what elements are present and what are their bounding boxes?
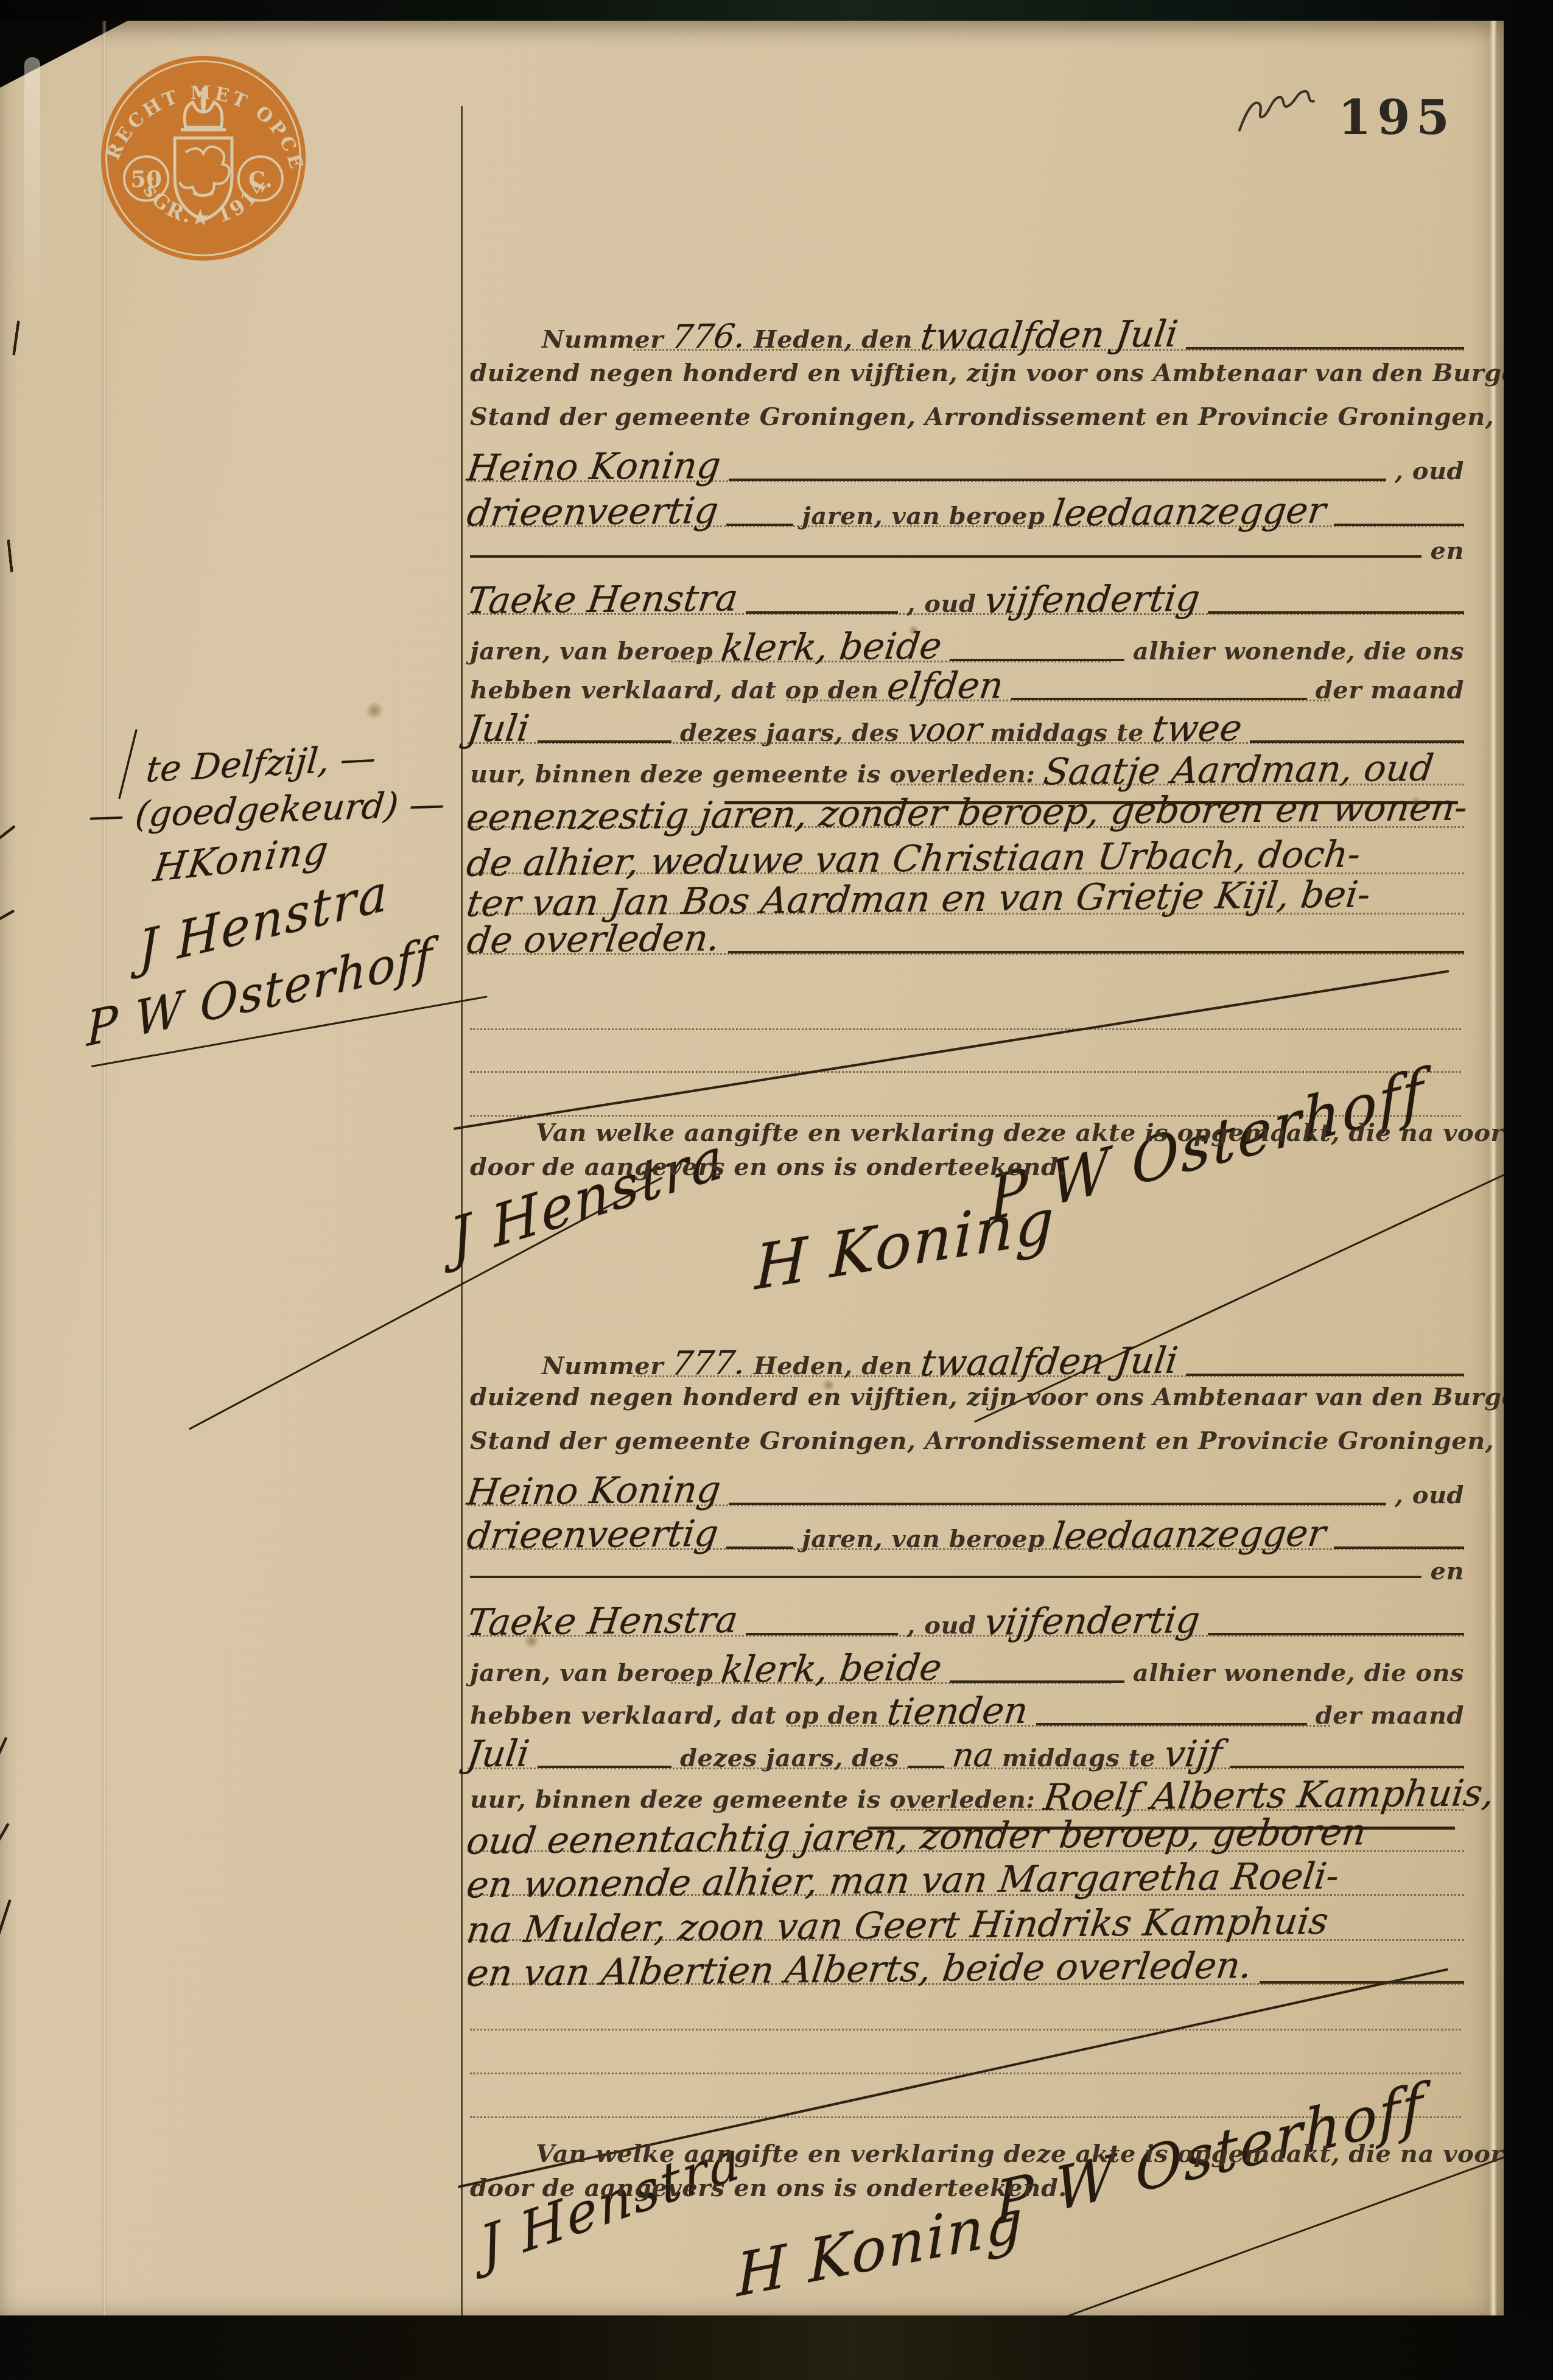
fill-line [1011, 698, 1307, 700]
label-dezes-jaars: dezes jaars, des [680, 1744, 899, 1772]
death-day: elfden [885, 664, 1006, 708]
handwritten-body: na Mulder, zoon van Geert Hindriks Kamph… [464, 1900, 1331, 1952]
page-number: 195 [1338, 90, 1456, 146]
act-number: 777. [670, 1343, 748, 1382]
act-776-printed-line2: duizend negen honderd en vijftien, zijn … [470, 359, 1464, 387]
act-777-closing1: Van welke aangifte en verklaring deze ak… [470, 2140, 1464, 2168]
label-oud: , oud [1395, 457, 1464, 485]
page-number-block: 195 [1236, 79, 1456, 146]
fill-line [729, 479, 1386, 481]
printed-text: Stand der gemeente Groningen, Arrondisse… [470, 403, 1504, 431]
label-en: en [1430, 1557, 1464, 1585]
act-776-age-profession1: drieenveertig jaren, van beroep leedaanz… [468, 491, 1464, 533]
act-777-printed-line2: duizend negen honderd en vijftien, zijn … [470, 1383, 1464, 1411]
fill-line [1334, 1546, 1464, 1549]
stamp-currency: C. [248, 167, 273, 192]
fill-line [726, 1546, 793, 1549]
signature-koning: H Koning [736, 2185, 1025, 2310]
printed-text: duizend negen honderd en vijftien, zijn … [470, 1383, 1504, 1411]
death-hour: vijf [1162, 1733, 1224, 1776]
act-777-death-day: hebben verklaard, dat op den tienden der… [470, 1690, 1464, 1733]
stamp-value: 50 [130, 166, 162, 192]
declarant1-age: drieenveertig [464, 490, 721, 535]
act-777-en-line: en [470, 1557, 1464, 1585]
fill-line [728, 951, 1464, 953]
fill-line [1230, 1766, 1464, 1768]
fill-line [1250, 740, 1464, 743]
act-776-declarant1: Heino Koning , oud [468, 446, 1464, 488]
label-middags-te: middags te [990, 719, 1144, 747]
photographed-register-page: ZEGELRECHT MET OPCENTEN 'sGR.★ 1914 50 C… [0, 0, 1553, 2380]
fill-line [1036, 1723, 1307, 1725]
death-hour: twee [1149, 707, 1244, 751]
printed-text: Van welke aangifte en verklaring deze ak… [536, 1119, 1504, 1147]
fill-line [538, 1766, 671, 1768]
act-777-declarant2: Taeke Henstra , oud vijfendertig [468, 1600, 1464, 1643]
ink-fragment [0, 1736, 8, 1781]
handwritten-body: de overleden. [464, 917, 722, 962]
death-month: Juli [464, 707, 531, 750]
act-777-profession2: jaren, van beroep klerk, beide alhier wo… [470, 1648, 1464, 1690]
printed-text: Stand der gemeente Groningen, Arrondisse… [470, 1427, 1504, 1455]
act-777-printed-line3: Stand der gemeente Groningen, Arrondisse… [470, 1427, 1464, 1455]
act-777-body-4: en van Albertien Alberts, beide overlede… [468, 1948, 1464, 1991]
label-heden: Heden, den [754, 326, 913, 354]
label-jaren-beroep: jaren, van beroep [802, 1525, 1045, 1553]
act-777-month-hour: Juli dezes jaars, des na middags te vijf [468, 1733, 1464, 1775]
fill-line [1208, 1633, 1464, 1635]
fill-line [1260, 1981, 1464, 1984]
act-776-declarant2: Taeke Henstra , oud vijfendertig [468, 578, 1464, 621]
label-oud: , oud [906, 590, 976, 618]
revenue-stamp-icon: ZEGELRECHT MET OPCENTEN 'sGR.★ 1914 50 C… [85, 51, 321, 265]
deceased-name: Saatje Aardman, oud [1041, 747, 1436, 794]
label-dezes-jaars: dezes jaars, des [680, 719, 899, 747]
fill-line [538, 740, 671, 743]
label-der-maand: der maand [1316, 1702, 1464, 1730]
pen-stroke [118, 729, 138, 799]
label-heden: Heden, den [754, 1352, 913, 1380]
act-776-line-number-date: Nummer 776. Heden, den twaalfden Juli [470, 314, 1464, 357]
fill-line [950, 659, 1124, 661]
act-number: 776. [670, 317, 748, 356]
fill-line [746, 611, 898, 614]
foxing-spot [365, 701, 384, 720]
act-776-month-hour: Juli dezes jaars, des voor middags te tw… [468, 707, 1464, 750]
handwritten-paraph-icon [1236, 79, 1327, 134]
death-daypart: na [950, 1736, 996, 1775]
fold-crease [102, 21, 107, 2317]
fill-line [950, 1680, 1124, 1683]
book-edge-shadow [0, 2315, 1553, 2380]
printed-text: duizend negen honderd en vijftien, zijn … [470, 359, 1504, 387]
label-overleden: uur, binnen deze gemeente is overleden: [470, 760, 1036, 788]
fill-line [1186, 1374, 1464, 1376]
label-jaren-beroep: jaren, van beroep [470, 1659, 713, 1687]
label-jaren-beroep: jaren, van beroep [802, 502, 1045, 530]
fill-line [1334, 524, 1464, 526]
empty-dotted-line [470, 2029, 1461, 2031]
act-777-age-profession1: drieenveertig jaren, van beroep leedaanz… [468, 1514, 1464, 1556]
death-day: tienden [885, 1690, 1030, 1733]
act-777-declarant1: Heino Koning , oud [468, 1470, 1464, 1512]
ink-fragment [7, 539, 13, 572]
ink-fragment [0, 825, 16, 852]
declarant2-name: Taeke Henstra [464, 1599, 740, 1645]
paper-sheen [24, 57, 40, 319]
declarant2-profession: klerk, beide [718, 1646, 944, 1691]
label-nummer: Nummer [542, 326, 664, 354]
empty-dotted-line [470, 1028, 1461, 1030]
fill-line [908, 1766, 944, 1768]
act-776-en-line: en [470, 537, 1464, 565]
label-der-maand: der maand [1316, 676, 1464, 704]
handwritten-body: eenenzestig jaren, zonder beroep, gebore… [464, 786, 1470, 839]
death-daypart: voor [905, 710, 984, 749]
printed-text: door de aangevers en ons is onderteekend… [470, 1153, 1067, 1181]
declarant2-age: vijfendertig [982, 1599, 1202, 1644]
act-777-body-2: en wonende alhier, man van Margaretha Ro… [468, 1859, 1464, 1902]
label-verklaard: hebben verklaard, dat op den [470, 1702, 879, 1730]
declarant2-name: Taeke Henstra [464, 577, 740, 623]
act-776-death-day: hebben verklaard, dat op den elfden der … [470, 665, 1464, 707]
fill-line [470, 555, 1422, 558]
act-777-deceased: uur, binnen deze gemeente is overleden: … [470, 1774, 1464, 1817]
fill-line [470, 1576, 1422, 1578]
act-776-body-4: de overleden. [468, 918, 1464, 961]
fill-line [1186, 347, 1464, 349]
act-776-deceased: uur, binnen deze gemeente is overleden: … [470, 749, 1464, 792]
label-alhier: alhier wonende, die ons [1133, 637, 1464, 665]
label-verklaard: hebben verklaard, dat op den [470, 676, 879, 704]
act-777-body-1: oud eenentachtig jaren, zonder beroep, g… [468, 1816, 1464, 1858]
act-777-closing2: door de aangevers en ons is onderteekend… [470, 2174, 1464, 2202]
ink-fragment [0, 1822, 10, 1861]
margin-line-delfzijl: te Delfzijl, — [144, 737, 377, 790]
act-776-closing2: door de aangevers en ons is onderteekend… [470, 1153, 1464, 1181]
declarant2-age: vijfendertig [982, 577, 1202, 622]
fill-line [729, 1503, 1386, 1505]
label-en: en [1430, 537, 1464, 565]
label-nummer: Nummer [542, 1352, 664, 1380]
act-776-printed-line3: Stand der gemeente Groningen, Arrondisse… [470, 403, 1464, 431]
label-middags-te: middags te [1002, 1744, 1156, 1772]
label-oud: , oud [906, 1612, 976, 1640]
declarant1-age: drieenveertig [464, 1512, 721, 1557]
act-776-profession2: jaren, van beroep klerk, beide alhier wo… [470, 626, 1464, 669]
declarant1-name: Heino Koning [464, 1469, 723, 1514]
handwritten-body: en wonende alhier, man van Margaretha Ro… [464, 1855, 1341, 1907]
ink-fragment [0, 1899, 12, 1945]
act-777-line-number-date: Nummer 777. Heden, den twaalfden Juli [470, 1341, 1464, 1383]
declarant1-profession: leedaanzegger [1050, 490, 1328, 535]
death-month: Juli [464, 1732, 531, 1775]
label-oud: , oud [1395, 1481, 1464, 1509]
handwritten-body: oud eenentachtig jaren, zonder beroep, g… [464, 1811, 1369, 1862]
handwritten-body: en van Albertien Alberts, beide overlede… [464, 1944, 1255, 1995]
fill-line [726, 524, 793, 526]
act-776-closing1: Van welke aangifte en verklaring deze ak… [470, 1119, 1464, 1147]
ink-fragment [0, 909, 15, 930]
margin-line-goedgekeurd: — (goedgekeurd) — [87, 783, 447, 837]
act-date: twaalfden Juli [918, 1339, 1180, 1385]
paper: ZEGELRECHT MET OPCENTEN 'sGR.★ 1914 50 C… [0, 21, 1504, 2317]
empty-dotted-line [470, 1071, 1461, 1073]
fill-line [1208, 611, 1464, 614]
label-alhier: alhier wonende, die ons [1133, 1659, 1464, 1687]
declarant2-profession: klerk, beide [718, 625, 944, 670]
act-776-body-1: eenenzestig jaren, zonder beroep, gebore… [468, 792, 1464, 834]
declarant1-profession: leedaanzegger [1050, 1512, 1328, 1558]
margin-signature-koning: HKoning [151, 827, 332, 891]
act-777-body-3: na Mulder, zoon van Geert Hindriks Kamph… [468, 1904, 1464, 1947]
printed-text: Van welke aangifte en verklaring deze ak… [536, 2140, 1504, 2168]
label-jaren-beroep: jaren, van beroep [470, 637, 713, 665]
label-overleden: uur, binnen deze gemeente is overleden: [470, 1786, 1036, 1814]
ink-fragment [12, 320, 20, 356]
declarant1-name: Heino Koning [464, 444, 723, 490]
act-776-body-3: ter van Jan Bos Aardman en van Grietje K… [468, 878, 1464, 921]
fill-line [746, 1633, 898, 1635]
printed-text: door de aangevers en ons is onderteekend… [470, 2174, 1067, 2202]
act-date: twaalfden Juli [918, 313, 1180, 358]
